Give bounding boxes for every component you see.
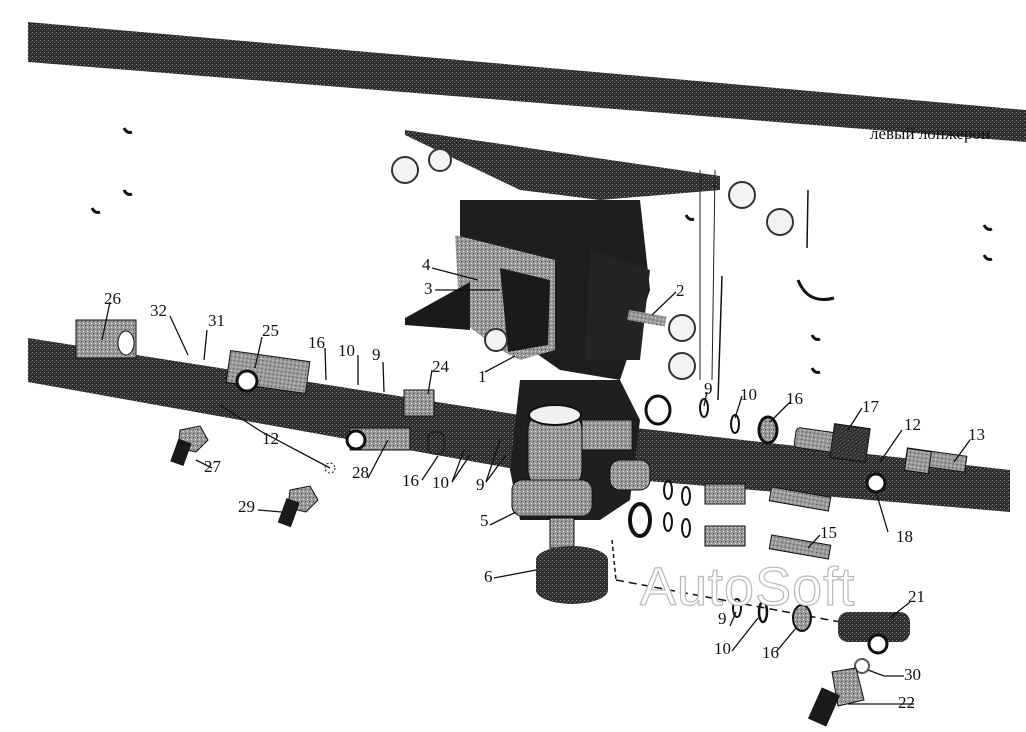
bracket bbox=[405, 130, 720, 380]
callout-2: 2 bbox=[676, 282, 685, 299]
callout-9: 9 bbox=[704, 380, 713, 397]
callout-9: 9 bbox=[476, 476, 485, 493]
callout-4: 4 bbox=[422, 256, 431, 273]
callout-16: 16 bbox=[402, 472, 419, 489]
callout-18: 18 bbox=[896, 528, 913, 545]
valve-cap bbox=[536, 546, 608, 604]
callout-12: 12 bbox=[262, 430, 279, 447]
callout-10: 10 bbox=[714, 640, 731, 657]
callout-26: 26 bbox=[104, 290, 121, 307]
callout-22: 22 bbox=[898, 694, 915, 711]
callout-29: 29 bbox=[238, 498, 255, 515]
callout-31: 31 bbox=[208, 312, 225, 329]
callout-24: 24 bbox=[432, 358, 449, 375]
callout-10: 10 bbox=[338, 342, 355, 359]
left-frame-rail-label: левый лонжерон bbox=[870, 124, 990, 144]
parts-diagram: левый лонжерон AutoSoft 26 32 31 25 16 1… bbox=[0, 0, 1026, 732]
callout-25: 25 bbox=[262, 322, 279, 339]
callout-30: 30 bbox=[904, 666, 921, 683]
callout-3: 3 bbox=[424, 280, 433, 297]
callout-12: 12 bbox=[904, 416, 921, 433]
callout-10: 10 bbox=[432, 474, 449, 491]
callout-32: 32 bbox=[150, 302, 167, 319]
diagram-drawing bbox=[0, 0, 1026, 732]
callout-13: 13 bbox=[968, 426, 985, 443]
callout-15: 15 bbox=[820, 524, 837, 541]
callout-9: 9 bbox=[718, 610, 727, 627]
watermark: AutoSoft bbox=[640, 556, 855, 618]
callout-28: 28 bbox=[352, 464, 369, 481]
callout-6: 6 bbox=[484, 568, 493, 585]
callout-1: 1 bbox=[478, 368, 487, 385]
callout-16: 16 bbox=[786, 390, 803, 407]
callout-17: 17 bbox=[862, 398, 879, 415]
callout-21: 21 bbox=[908, 588, 925, 605]
callout-10: 10 bbox=[740, 386, 757, 403]
callout-16: 16 bbox=[762, 644, 779, 661]
callout-16: 16 bbox=[308, 334, 325, 351]
callout-5: 5 bbox=[480, 512, 489, 529]
callout-27: 27 bbox=[204, 458, 221, 475]
callout-9: 9 bbox=[372, 346, 381, 363]
valve-assembly bbox=[510, 380, 670, 548]
